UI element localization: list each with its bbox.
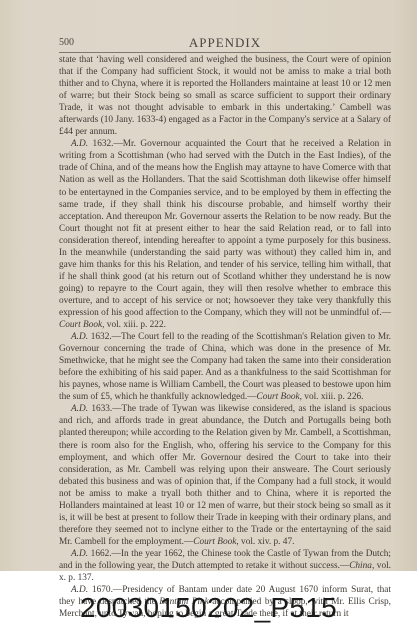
page-header: 500 APPENDIX — [59, 35, 391, 51]
text-run: 1632.—Mr. Governour acquainted the Court… — [59, 139, 391, 318]
text-run: , vol. xiii. p. 222. — [102, 320, 166, 330]
header-rule — [59, 52, 391, 53]
paragraph: A.D. 1633.—The trade of Tywan was likewi… — [59, 403, 391, 548]
italic-text: A.D. — [71, 549, 88, 559]
paragraph: state that ‘having well considered and w… — [59, 54, 391, 138]
image-label: 20030150202_P515 — [0, 592, 417, 624]
text-run: , vol. xiii. p. 226. — [300, 392, 364, 402]
text-run: 1633.—The trade of Tywan was likewise co… — [59, 404, 391, 547]
paragraph: A.D. 1662.—In the year 1662, the Chinese… — [59, 548, 391, 584]
scanned-page: 500 APPENDIX state that ‘having well con… — [0, 0, 417, 571]
text-run: , vol. xiv. p. 47. — [236, 537, 294, 547]
italic-text: China — [349, 561, 372, 571]
text-run: state that ‘having well considered and w… — [59, 55, 391, 137]
italic-text: A.D. — [71, 404, 88, 414]
italic-text: Court Book — [59, 320, 102, 330]
paragraph: A.D. 1632.—The Court fell to the reading… — [59, 331, 391, 403]
page-body: state that ‘having well considered and w… — [59, 54, 391, 620]
running-title: APPENDIX — [59, 35, 391, 51]
italic-text: A.D. — [71, 139, 88, 149]
text-run: 1662.—In the year 1662, the Chinese took… — [59, 549, 391, 571]
paragraph: A.D. 1632.—Mr. Governour acquainted the … — [59, 138, 391, 331]
italic-text: Court Book — [193, 537, 236, 547]
italic-text: A.D. — [71, 332, 88, 342]
italic-text: Court Book — [257, 392, 300, 402]
